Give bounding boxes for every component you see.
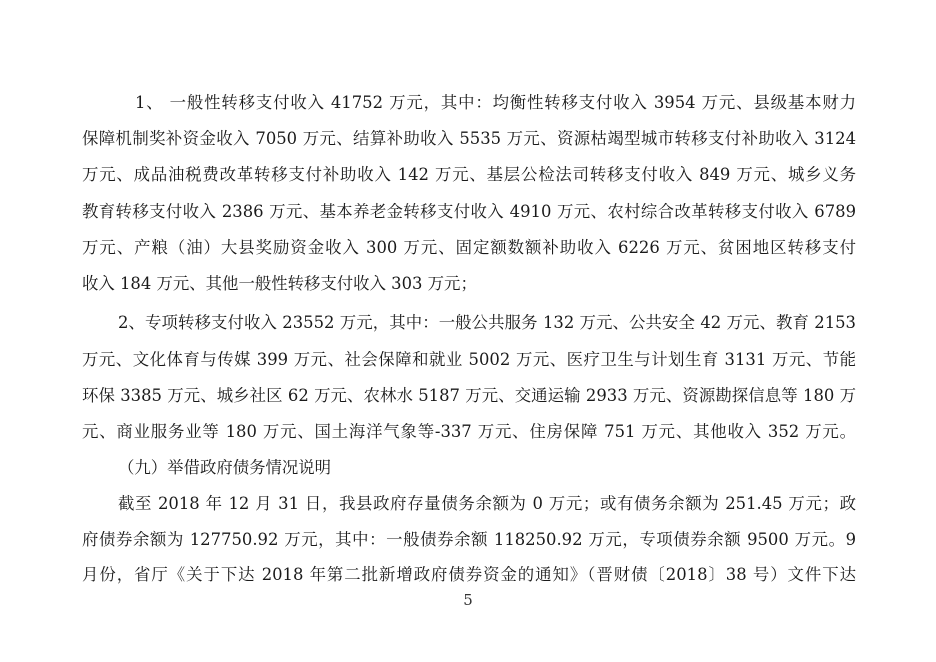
paragraph-general-transfer-line-3: 万元、成品油税费改革转移支付补助收入 142 万元、基层公检法司转移支付收入 8…	[82, 162, 856, 188]
paragraph-general-transfer-line-1: 1、 一般性转移支付收入 41752 万元，其中：均衡性转移支付收入 3954 …	[135, 90, 856, 116]
paragraph-special-transfer-line-3: 环保 3385 万元、城乡社区 62 万元、农林水 5187 万元、交通运输 2…	[82, 383, 856, 409]
paragraph-debt-details-line-2: 府债券余额为 127750.92 万元，其中：一般债券余额 118250.92 …	[82, 527, 856, 553]
paragraph-special-transfer-line-2: 万元、文化体育与传媒 399 万元、社会保障和就业 5002 万元、医疗卫生与计…	[82, 347, 856, 373]
paragraph-debt-details-line-1: 截至 2018 年 12 月 31 日，我县政府存量债务余额为 0 万元；或有债…	[118, 491, 856, 517]
paragraph-general-transfer-line-2: 保障机制奖补资金收入 7050 万元、结算补助收入 5535 万元、资源枯竭型城…	[82, 126, 856, 152]
paragraph-general-transfer-line-4: 教育转移支付收入 2386 万元、基本养老金转移支付收入 4910 万元、农村综…	[82, 199, 856, 225]
paragraph-debt-details-line-3: 月份，省厅《关于下达 2018 年第二批新增政府债券资金的通知》（晋财债〔201…	[82, 562, 856, 588]
document-page: 1、 一般性转移支付收入 41752 万元，其中：均衡性转移支付收入 3954 …	[0, 0, 936, 662]
page-number: 5	[0, 590, 936, 610]
section-heading-debt: （九）举借政府债务情况说明	[118, 455, 856, 481]
paragraph-special-transfer-line-4: 元、商业服务业等 180 万元、国土海洋气象等-337 万元、住房保障 751 …	[82, 419, 856, 445]
paragraph-general-transfer-line-5: 万元、产粮（油）大县奖励资金收入 300 万元、固定额数额补助收入 6226 万…	[82, 235, 856, 261]
paragraph-special-transfer-line-1: 2、专项转移支付收入 23552 万元，其中：一般公共服务 132 万元、公共安…	[118, 310, 856, 336]
paragraph-general-transfer-line-6: 收入 184 万元、其他一般性转移支付收入 303 万元；	[82, 271, 856, 297]
